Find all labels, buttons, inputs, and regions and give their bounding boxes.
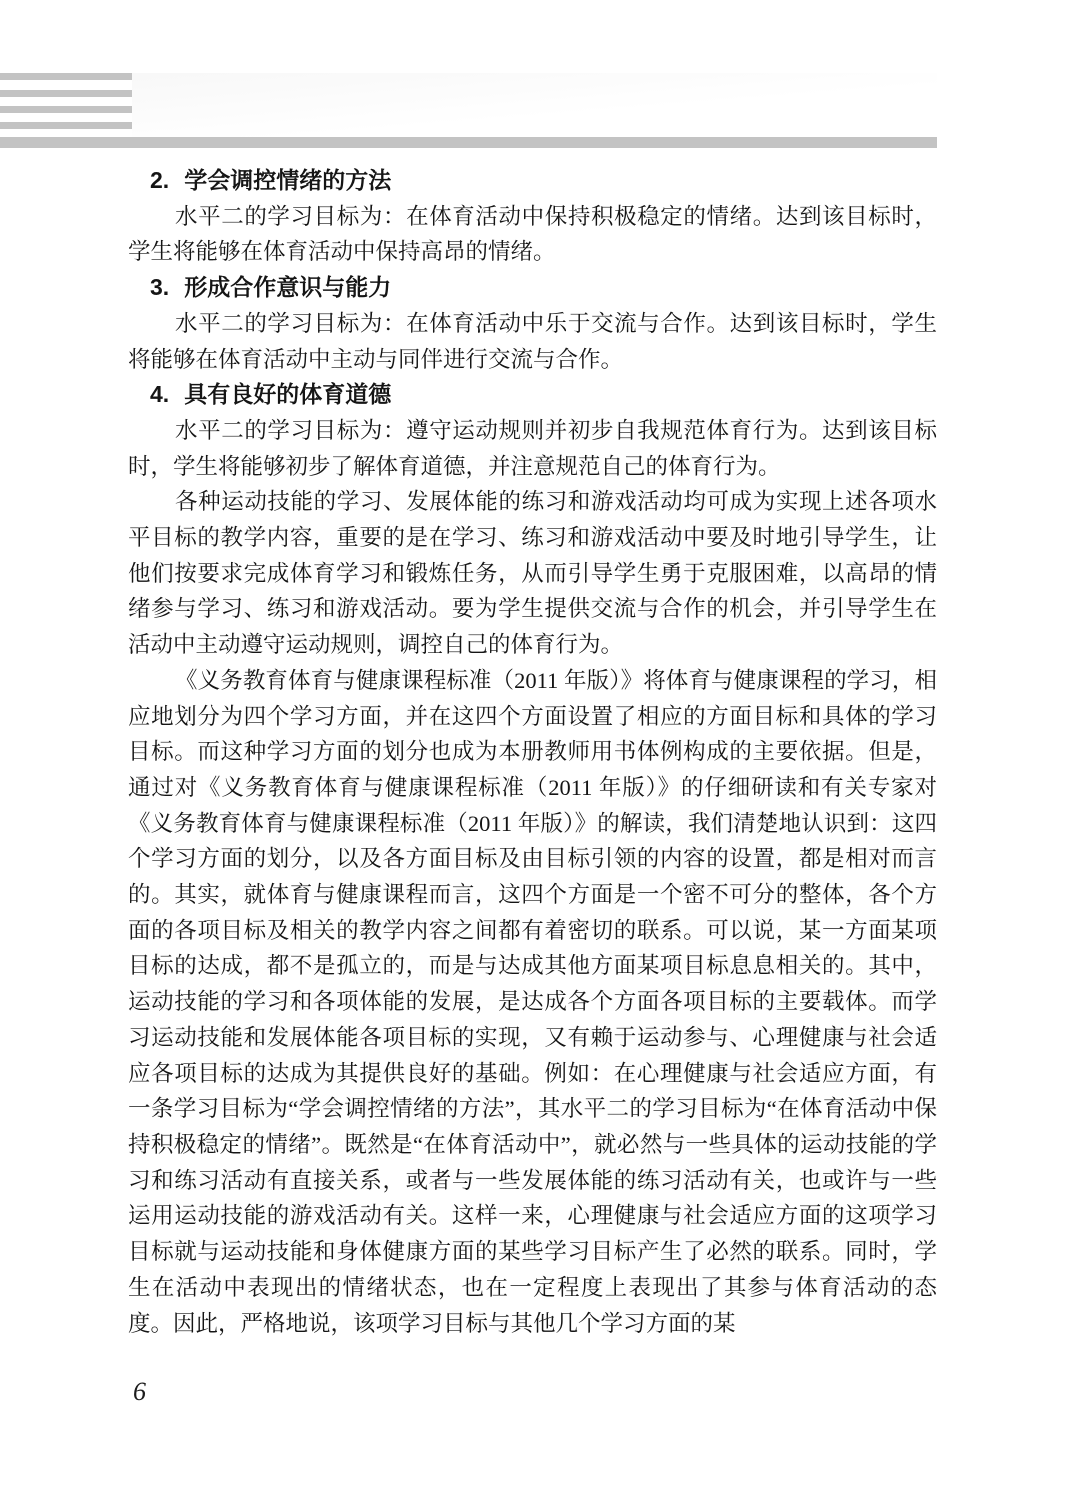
header-deco-band xyxy=(0,137,937,148)
section-heading-4: 4.具有良好的体育道德 xyxy=(128,377,937,413)
paragraph-teaching-content: 各种运动技能的学习、发展体能的练习和游戏活动均可成为实现上述各项水平目标的教学内… xyxy=(128,484,937,663)
paragraph-curriculum-standard-discussion: 《义务教育体育与健康课程标准（2011 年版）》将体育与健康课程的学习，相应地划… xyxy=(128,663,937,1341)
header-gradient-panel xyxy=(132,73,937,137)
section-heading-2: 2.学会调控情绪的方法 xyxy=(128,163,937,199)
header-deco-bar-4 xyxy=(0,122,132,129)
page-body-text: 2.学会调控情绪的方法 水平二的学习目标为：在体育活动中保持积极稳定的情绪。达到… xyxy=(128,163,937,1341)
header-deco-bar-1 xyxy=(0,73,132,80)
heading-title: 形成合作意识与能力 xyxy=(184,274,391,300)
book-page: { "decoration": { "bar_color": "#c3c3c3"… xyxy=(0,0,1065,1507)
paragraph-level2-emotion-goal: 水平二的学习目标为：在体育活动中保持积极稳定的情绪。达到该目标时，学生将能够在体… xyxy=(128,199,937,270)
heading-number: 4. xyxy=(150,381,169,407)
heading-number: 3. xyxy=(150,274,169,300)
section-heading-3: 3.形成合作意识与能力 xyxy=(128,270,937,306)
heading-title: 具有良好的体育道德 xyxy=(184,381,391,407)
header-deco-bar-2 xyxy=(0,90,132,97)
heading-title: 学会调控情绪的方法 xyxy=(184,167,391,193)
heading-number: 2. xyxy=(150,167,169,193)
paragraph-level2-cooperation-goal: 水平二的学习目标为：在体育活动中乐于交流与合作。达到该目标时，学生将能够在体育活… xyxy=(128,306,937,377)
header-deco-bar-3 xyxy=(0,106,132,113)
paragraph-level2-ethics-goal: 水平二的学习目标为：遵守运动规则并初步自我规范体育行为。达到该目标时，学生将能够… xyxy=(128,413,937,484)
page-number: 6 xyxy=(133,1376,146,1408)
